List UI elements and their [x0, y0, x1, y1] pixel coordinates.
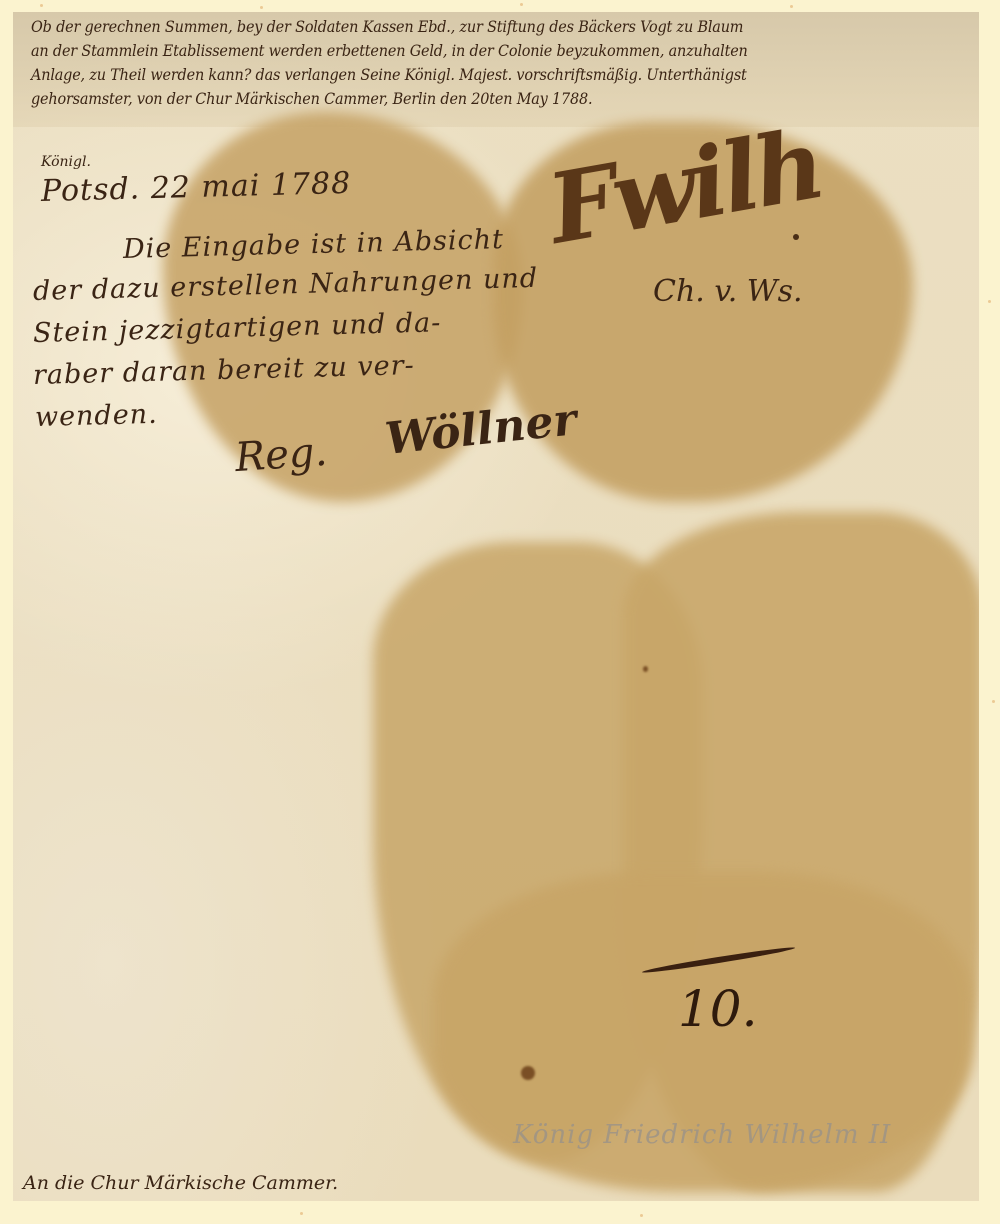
backing-speck [640, 1214, 643, 1217]
ink-blot [643, 666, 648, 672]
header-line-4: gehorsamster, von der Chur Märkischen Ca… [31, 90, 592, 108]
backing-speck [300, 1212, 303, 1215]
header-line-3: Anlage, zu Theil werden kann? das verlan… [31, 66, 747, 84]
note-line-5: wenden. [35, 399, 158, 433]
backing-speck [520, 3, 523, 6]
pencil-annotation: König Friedrich Wilhelm II [513, 1120, 891, 1150]
backing-speck [790, 5, 793, 8]
backing-speck [992, 700, 995, 703]
signature-initials: Ch. v. Ws. [653, 274, 803, 309]
closing-reg: Reg. [234, 429, 329, 481]
backing-speck [988, 300, 991, 303]
address-line: An die Chur Märkische Cammer. [23, 1172, 338, 1194]
ink-dot [793, 234, 799, 240]
backing-speck [40, 4, 43, 7]
manuscript-sheet: Ob der gerechnen Summen, bey der Soldate… [13, 12, 979, 1201]
backing-speck [260, 6, 263, 9]
folio-number: 10. [678, 980, 758, 1038]
marginal-note: Königl. [41, 154, 91, 170]
header-line-2: an der Stammlein Etablissement werden er… [31, 42, 748, 60]
ink-blot [521, 1066, 535, 1080]
header-line-1: Ob der gerechnen Summen, bey der Soldate… [31, 18, 743, 36]
